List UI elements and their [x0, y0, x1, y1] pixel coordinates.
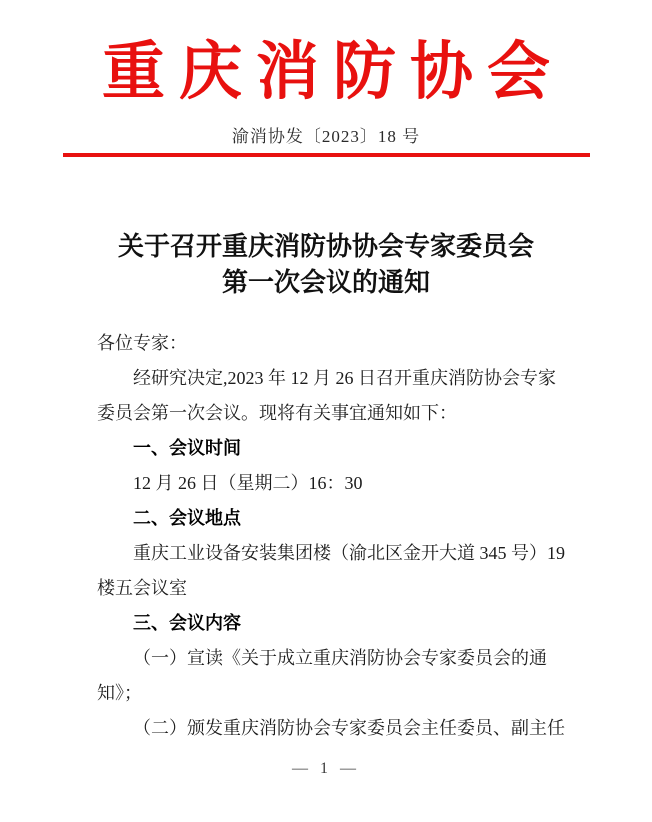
body-line: 重庆工业设备安装集团楼（渝北区金开大道 345 号）19 [97, 536, 559, 571]
document-title-line-2: 第一次会议的通知 [0, 265, 652, 301]
body-line-salutation: 各位专家： [97, 326, 559, 361]
body-line: （一）宣读《关于成立重庆消防协会专家委员会的通 [97, 641, 559, 676]
document-title-line-1: 关于召开重庆消防协协会专家委员会 [0, 229, 652, 265]
body-line: （二）颁发重庆消防协会专家委员会主任委员、副主任 [97, 711, 559, 746]
body-line: 楼五会议室 [97, 571, 559, 606]
body-line: 经研究决定,2023 年 12 月 26 日召开重庆消防协会专家 [97, 361, 559, 396]
section-heading-meeting-content: 三、会议内容 [97, 606, 559, 641]
red-header-rule [63, 153, 590, 157]
body-line: 委员会第一次会议。现将有关事宜通知如下： [97, 396, 559, 431]
document-page: 重庆消防协会 渝消协发〔2023〕18 号 关于召开重庆消防协协会专家委员会 第… [0, 0, 652, 822]
document-number: 渝消协发〔2023〕18 号 [0, 125, 652, 149]
section-heading-meeting-place: 二、会议地点 [97, 501, 559, 536]
document-body: 各位专家： 经研究决定,2023 年 12 月 26 日召开重庆消防协会专家 委… [97, 326, 559, 746]
section-heading-meeting-time: 一、会议时间 [97, 431, 559, 466]
org-title-redhead: 重庆消防协会 [0, 24, 652, 120]
body-line: 知》； [97, 676, 559, 711]
page-number: — 1 — [0, 758, 652, 780]
document-title: 关于召开重庆消防协协会专家委员会 第一次会议的通知 [0, 229, 652, 301]
body-line: 12 月 26 日（星期二）16：30 [97, 466, 559, 501]
